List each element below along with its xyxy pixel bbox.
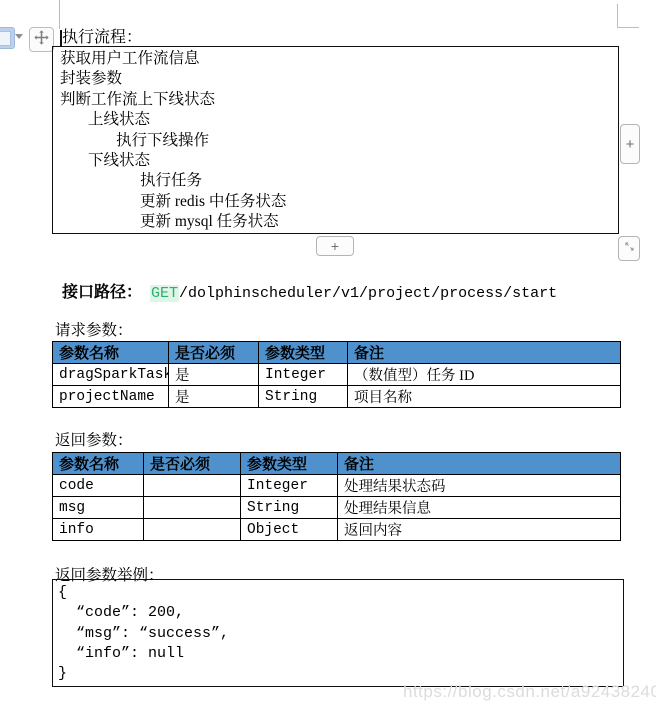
- json-line: “msg”: “success”,: [58, 624, 623, 644]
- param-name-cell: msg: [53, 497, 144, 519]
- table-row: dragSparkTaskId 是 Integer （数值型）任务 ID: [53, 364, 621, 386]
- page-corner-mark: [617, 27, 639, 28]
- response-params-label: 返回参数：: [55, 428, 133, 450]
- flow-line: 更新 mysql 任务状态: [53, 212, 618, 232]
- param-type-cell: String: [241, 497, 338, 519]
- add-row-button[interactable]: +: [316, 236, 354, 256]
- table-row: info Object 返回内容: [53, 519, 621, 541]
- col-header: 参数名称: [53, 342, 169, 364]
- col-header: 备注: [338, 453, 621, 475]
- flow-line: 执行下线操作: [53, 131, 618, 151]
- flow-line: 判断工作流上下线状态: [53, 90, 618, 110]
- resize-handle[interactable]: [618, 236, 640, 261]
- param-type-cell: Object: [241, 519, 338, 541]
- flow-line: 更新 redis 中任务状态: [53, 192, 618, 212]
- param-required-cell: 是: [169, 364, 259, 386]
- param-remark-cell: 返回内容: [338, 519, 621, 541]
- col-header: 是否必须: [144, 453, 241, 475]
- resize-diagonal-icon: [623, 240, 636, 258]
- add-column-button[interactable]: +: [620, 124, 640, 164]
- param-remark-cell: 处理结果状态码: [338, 475, 621, 497]
- param-required-cell: 是: [169, 386, 259, 408]
- table-header-row: 参数名称 是否必须 参数类型 备注: [53, 453, 621, 475]
- param-required-cell: [144, 497, 241, 519]
- margin-guide-line: [59, 0, 60, 29]
- flow-line: 获取用户工作流信息: [53, 49, 618, 69]
- param-name-cell: code: [53, 475, 144, 497]
- param-type-cell: String: [259, 386, 348, 408]
- flow-line: 封装参数: [53, 69, 618, 89]
- param-name-cell: dragSparkTaskId: [53, 364, 169, 386]
- param-name-cell: info: [53, 519, 144, 541]
- api-path-row: 接口路径： GET /dolphinscheduler/v1/project/p…: [62, 279, 557, 302]
- response-example-box: { “code”: 200, “msg”: “success”, “info”:…: [52, 579, 624, 687]
- json-line: {: [58, 583, 623, 603]
- param-required-cell: [144, 475, 241, 497]
- flow-line: 下线状态: [53, 151, 618, 171]
- api-path-value: /dolphinscheduler/v1/project/process/sta…: [179, 285, 557, 302]
- table-row: projectName 是 String 项目名称: [53, 386, 621, 408]
- dropdown-arrow-icon[interactable]: [15, 34, 23, 39]
- flow-title: 执行流程：: [62, 28, 142, 47]
- param-required-cell: [144, 519, 241, 541]
- page-corner-mark: [617, 4, 618, 28]
- param-type-cell: Integer: [259, 364, 348, 386]
- csdn-watermark: https://blog.csdn.net/a924382407: [403, 682, 656, 702]
- param-name-cell: projectName: [53, 386, 169, 408]
- param-remark-cell: 项目名称: [348, 386, 621, 408]
- col-header: 参数类型: [241, 453, 338, 475]
- col-header: 是否必须: [169, 342, 259, 364]
- api-path-label: 接口路径：: [62, 279, 142, 302]
- json-line: “code”: 200,: [58, 603, 623, 623]
- col-header: 参数类型: [259, 342, 348, 364]
- response-params-table: 参数名称 是否必须 参数类型 备注 code Integer 处理结果状态码 m…: [52, 452, 621, 541]
- move-handle[interactable]: [29, 27, 54, 52]
- paste-options-icon[interactable]: [0, 27, 15, 49]
- param-remark-cell: 处理结果信息: [338, 497, 621, 519]
- flow-line: 上线状态: [53, 110, 618, 130]
- request-params-table: 参数名称 是否必须 参数类型 备注 dragSparkTaskId 是 Inte…: [52, 341, 621, 408]
- table-row: msg String 处理结果信息: [53, 497, 621, 519]
- request-params-label: 请求参数：: [55, 318, 133, 340]
- move-icon: [34, 30, 49, 50]
- param-type-cell: Integer: [241, 475, 338, 497]
- http-method-badge: GET: [150, 285, 179, 302]
- json-line: “info”: null: [58, 644, 623, 664]
- flow-line: 执行任务: [53, 171, 618, 191]
- flow-text-box[interactable]: 获取用户工作流信息 封装参数 判断工作流上下线状态 上线状态 执行下线操作 下线…: [52, 46, 619, 234]
- table-header-row: 参数名称 是否必须 参数类型 备注: [53, 342, 621, 364]
- param-remark-cell: （数值型）任务 ID: [348, 364, 621, 386]
- col-header: 备注: [348, 342, 621, 364]
- col-header: 参数名称: [53, 453, 144, 475]
- table-row: code Integer 处理结果状态码: [53, 475, 621, 497]
